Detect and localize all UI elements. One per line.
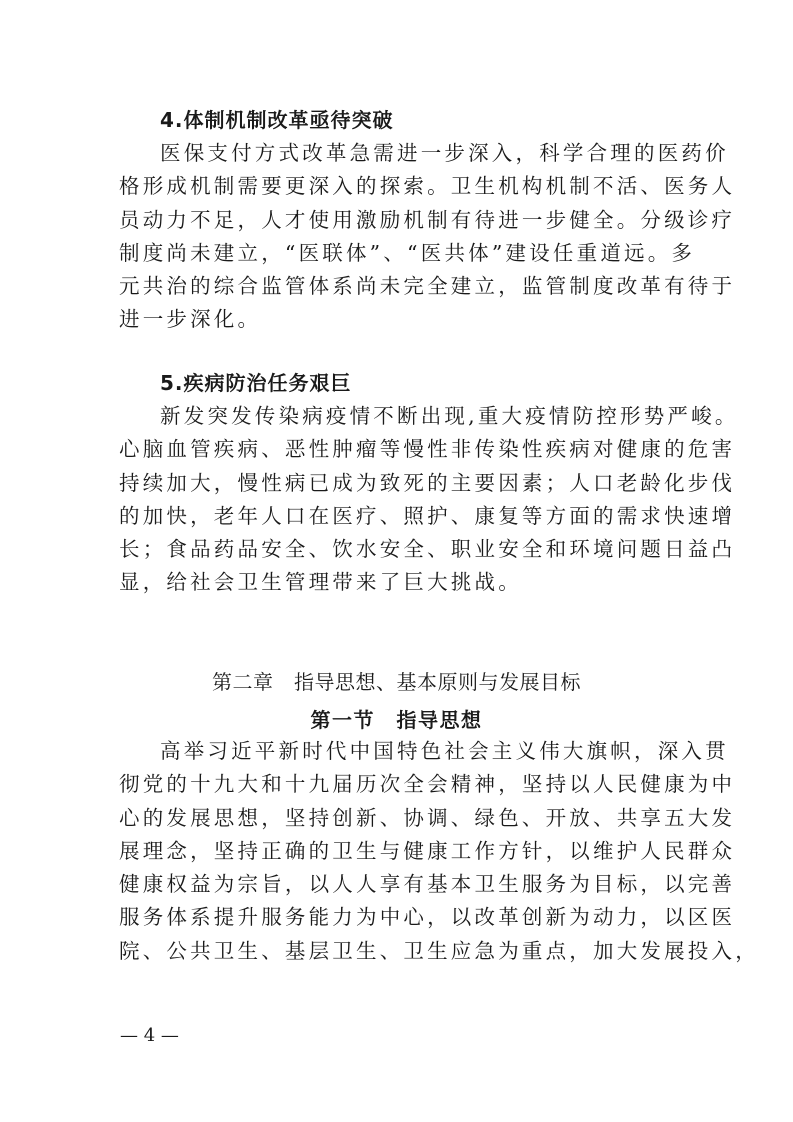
paragraph-line: 显，给社会卫生管理带来了巨大挑战。 — [119, 566, 675, 599]
paragraph-line: 彻党的十九大和十九届历次全会精神，坚持以人民健康为中 — [119, 768, 675, 801]
page-number: — 4 — — [120, 1025, 179, 1046]
paragraph-line: 元共治的综合监管体系尚未完全建立，监管制度改革有待于 — [119, 270, 675, 303]
paragraph-line: 心的发展思想，坚持创新、协调、绿色、开放、共享五大发 — [119, 802, 675, 835]
guiding-ideology-paragraph: 高举习近平新时代中国特色社会主义伟大旗帜，深入贯 彻党的十九大和十九届历次全会精… — [119, 735, 675, 968]
document-page: 4.体制机制改革亟待突破 医保支付方式改革急需进一步深入，科学合理的医药价 格形… — [0, 0, 793, 1122]
paragraph-line: 新发突发传染病疫情不断出现,重大疫情防控形势严峻。 — [119, 400, 675, 433]
section-heading: 5.疾病防治任务艰巨 — [119, 366, 675, 400]
section-heading: 4.体制机制改革亟待突破 — [119, 103, 675, 137]
paragraph-line: 健康权益为宗旨，以人人享有基本卫生服务为目标，以完善 — [119, 868, 675, 901]
paragraph-line: 长；食品药品安全、饮水安全、职业安全和环境问题日益凸 — [119, 533, 675, 566]
paragraph-line: 心脑血管疾病、恶性肿瘤等慢性非传染性疾病对健康的危害 — [119, 433, 675, 466]
paragraph-line: 员动力不足，人才使用激励机制有待进一步健全。分级诊疗 — [119, 204, 675, 237]
paragraph-line: 格形成机制需要更深入的探索。卫生机构机制不活、医务人 — [119, 170, 675, 203]
paragraph-line: 展理念，坚持正确的卫生与健康工作方针，以维护人民群众 — [119, 835, 675, 868]
section-5: 5.疾病防治任务艰巨 新发突发传染病疫情不断出现,重大疫情防控形势严峻。 心脑血… — [119, 366, 675, 600]
paragraph-line: 持续加大，慢性病已成为致死的主要因素；人口老龄化步伐 — [119, 467, 675, 500]
section-title: 第一节 指导思想 — [0, 704, 793, 733]
paragraph-line: 进一步深化。 — [119, 303, 675, 336]
chapter-title: 第二章 指导思想、基本原则与发展目标 — [0, 666, 793, 695]
paragraph-line: 的加快，老年人口在医疗、照护、康复等方面的需求快速增 — [119, 500, 675, 533]
paragraph-line: 服务体系提升服务能力为中心，以改革创新为动力，以区医 — [119, 901, 675, 934]
paragraph-line: 院、公共卫生、基层卫生、卫生应急为重点，加大发展投入， — [119, 935, 675, 968]
section-4: 4.体制机制改革亟待突破 医保支付方式改革急需进一步深入，科学合理的医药价 格形… — [119, 103, 675, 337]
paragraph-line: 医保支付方式改革急需进一步深入，科学合理的医药价 — [119, 137, 675, 170]
paragraph-line: 高举习近平新时代中国特色社会主义伟大旗帜，深入贯 — [119, 735, 675, 768]
paragraph-line: 制度尚未建立，“医联体”、“医共体”建设任重道远。多 — [119, 237, 675, 270]
